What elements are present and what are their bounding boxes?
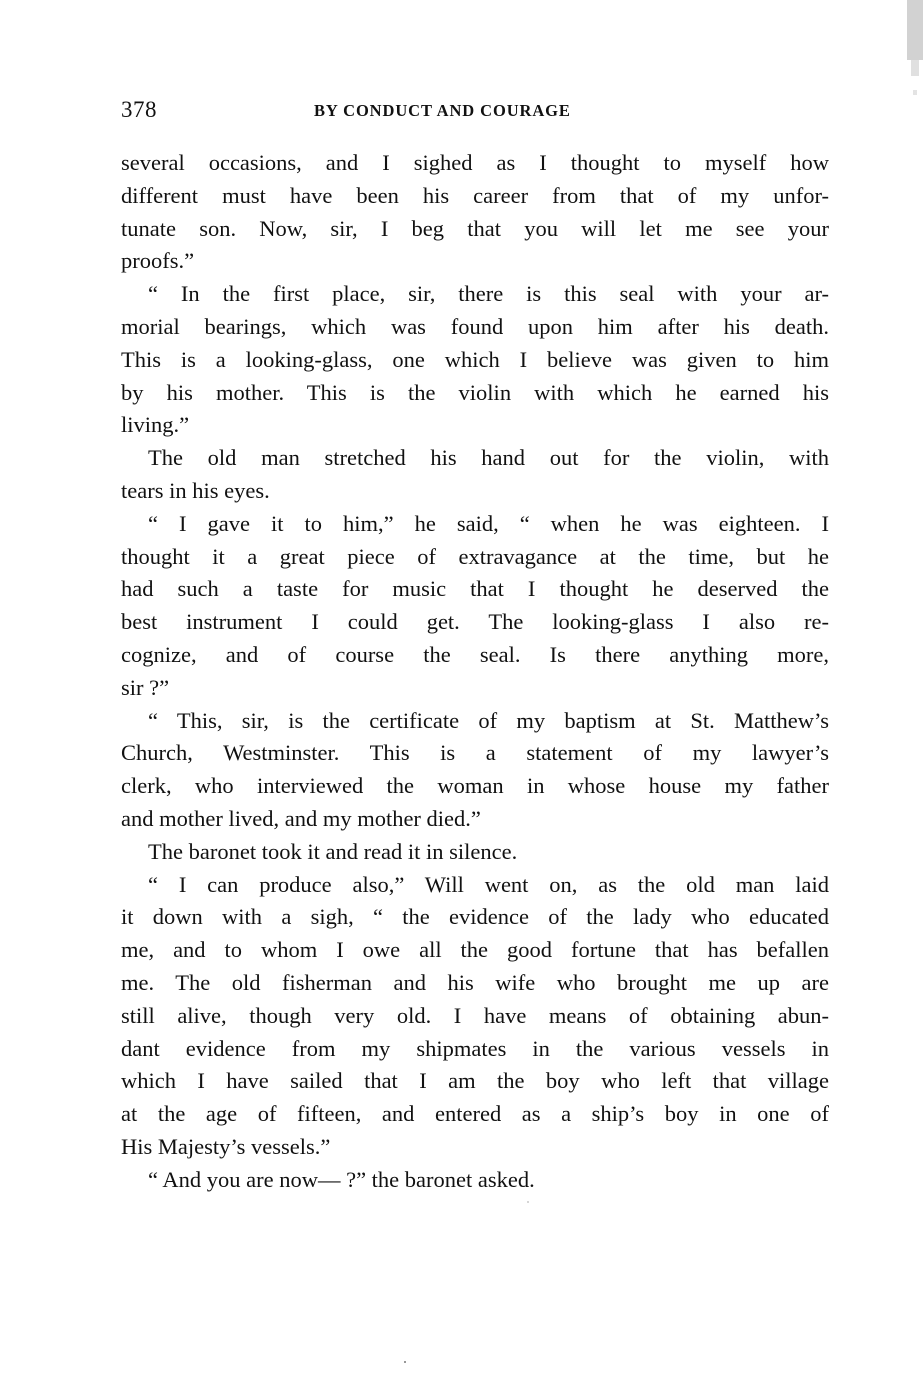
- text-line: me. The old fisherman and his wife who b…: [121, 967, 829, 1000]
- text-line: at the age of fifteen, and entered as a …: [121, 1098, 829, 1131]
- text-line: several occasions, and I sighed as I tho…: [121, 147, 829, 180]
- scan-speck: [527, 1201, 529, 1203]
- text-line: “ And you are now— ?” the baronet asked.: [121, 1164, 829, 1197]
- text-line: The baronet took it and read it in silen…: [121, 836, 829, 869]
- text-line: clerk, who interviewed the woman in whos…: [121, 770, 829, 803]
- text-line: morial bearings, which was found upon hi…: [121, 311, 829, 344]
- text-line: sir ?”: [121, 672, 829, 705]
- text-line: “ I gave it to him,” he said, “ when he …: [121, 508, 829, 541]
- text-line: by his mother. This is the violin with w…: [121, 377, 829, 410]
- text-line: tunate son. Now, sir, I beg that you wil…: [121, 213, 829, 246]
- text-line: His Majesty’s vessels.”: [121, 1131, 829, 1164]
- text-line: cognize, and of course the seal. Is ther…: [121, 639, 829, 672]
- page-header: 378 BY CONDUCT AND COURAGE: [121, 97, 829, 127]
- page-edge-scan-artifact: [911, 60, 919, 76]
- page-edge-scan-artifact: [913, 90, 917, 95]
- text-line: still alive, though very old. I have mea…: [121, 1000, 829, 1033]
- text-line: living.”: [121, 409, 829, 442]
- body-text: several occasions, and I sighed as I tho…: [121, 147, 829, 1197]
- text-line: tears in his eyes.: [121, 475, 829, 508]
- text-line: had such a taste for music that I though…: [121, 573, 829, 606]
- text-line: “ In the first place, sir, there is this…: [121, 278, 829, 311]
- text-line: thought it a great piece of extravagance…: [121, 541, 829, 574]
- text-line: which I have sailed that I am the boy wh…: [121, 1065, 829, 1098]
- text-line: dant evidence from my shipmates in the v…: [121, 1033, 829, 1066]
- text-line: it down with a sigh, “ the evidence of t…: [121, 901, 829, 934]
- text-line: best instrument I could get. The looking…: [121, 606, 829, 639]
- text-line: The old man stretched his hand out for t…: [121, 442, 829, 475]
- running-head: BY CONDUCT AND COURAGE: [314, 101, 571, 121]
- text-line: proofs.”: [121, 245, 829, 278]
- text-line: This is a looking-glass, one which I bel…: [121, 344, 829, 377]
- text-line: Church, Westminster. This is a statement…: [121, 737, 829, 770]
- text-line: me, and to whom I owe all the good fortu…: [121, 934, 829, 967]
- page-number: 378: [121, 97, 157, 123]
- text-line: and mother lived, and my mother died.”: [121, 803, 829, 836]
- scan-speck: [404, 1361, 406, 1363]
- text-line: different must have been his career from…: [121, 180, 829, 213]
- text-line: “ I can produce also,” Will went on, as …: [121, 869, 829, 902]
- book-page: 378 BY CONDUCT AND COURAGE several occas…: [0, 0, 923, 1381]
- page-edge-scan-artifact: [907, 0, 923, 60]
- text-line: “ This, sir, is the certificate of my ba…: [121, 705, 829, 738]
